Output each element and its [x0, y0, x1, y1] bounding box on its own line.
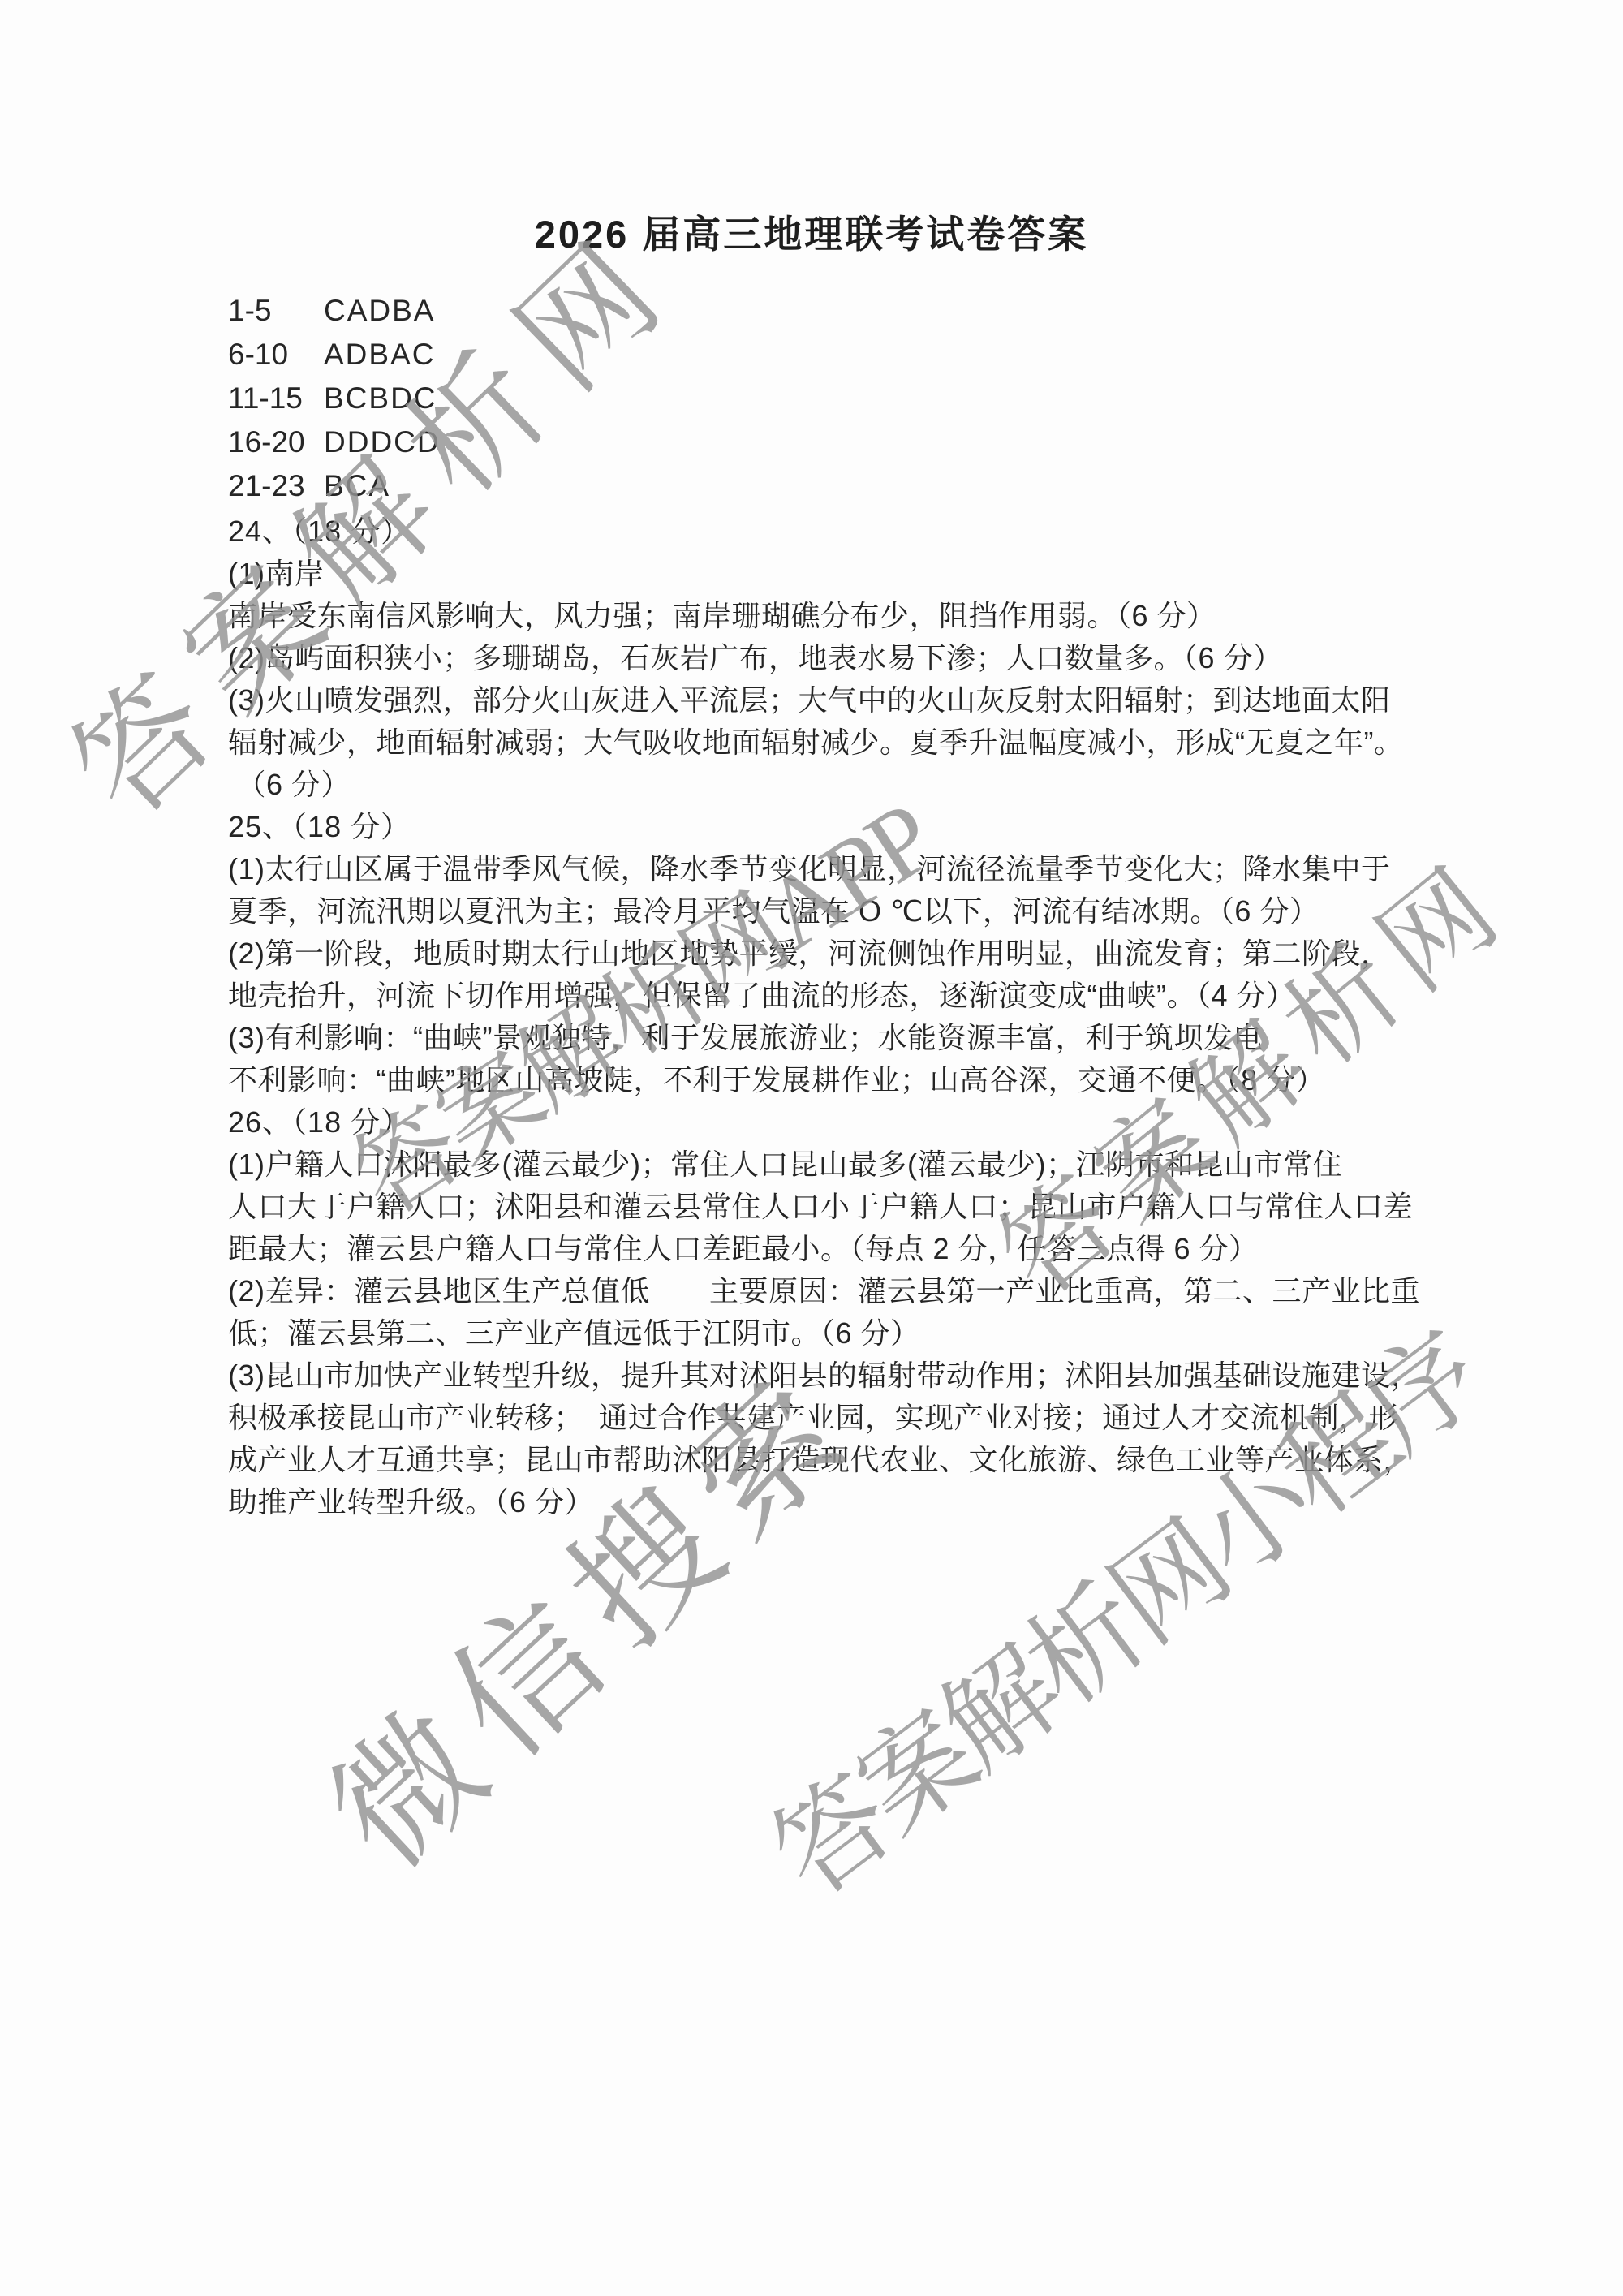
- answer-letters: BCA: [324, 464, 390, 508]
- answer-letters: CADBA: [324, 289, 435, 333]
- answer-line: 成产业人才互通共享；昆山市帮助沭阳县打造现代农业、文化旅游、绿色工业等产业体系，: [228, 1439, 1462, 1481]
- objective-answer-row: 21-23 BCA: [228, 464, 441, 508]
- answer-line: (2)岛屿面积狭小；多珊瑚岛，石灰岩广布，地表水易下渗；人口数量多。（6 分）: [228, 637, 1462, 679]
- answer-line: (1)南岸: [228, 553, 1462, 595]
- answer-sheet-page: 2026 届高三地理联考试卷答案 1-5 CADBA 6-10 ADBAC 11…: [0, 0, 1623, 2296]
- answer-letters: BCBDC: [324, 377, 437, 420]
- answer-line: (1)太行山区属于温带季风气候，降水季节变化明显，河流径流量季节变化大；降水集中…: [228, 848, 1462, 890]
- objective-answer-row: 11-15 BCBDC: [228, 377, 441, 420]
- page-title: 2026 届高三地理联考试卷答案: [0, 205, 1623, 259]
- question-range: 11-15: [228, 377, 324, 420]
- section-heading-q25: 25、（18 分）: [228, 806, 1462, 848]
- answer-line: (3)有利影响：“曲峡”景观独特，利于发展旅游业；水能资源丰富，利于筑坝发电: [228, 1017, 1462, 1059]
- answer-line: 南岸受东南信风影响大，风力强；南岸珊瑚礁分布少，阻挡作用弱。（6 分）: [228, 595, 1462, 637]
- section-heading-q26: 26、（18 分）: [228, 1101, 1462, 1144]
- answers-body: 24、（18 分） (1)南岸 南岸受东南信风影响大，风力强；南岸珊瑚礁分布少，…: [228, 510, 1462, 1523]
- objective-answer-row: 16-20 DDDCD: [228, 420, 441, 464]
- answer-line: (2)差异：灌云县地区生产总值低 主要原因：灌云县第一产业比重高，第二、三产业比…: [228, 1270, 1462, 1312]
- answer-line: 积极承接昆山市产业转移； 通过合作共建产业园，实现产业对接；通过人才交流机制，形: [228, 1397, 1462, 1439]
- answer-line: 辐射减少，地面辐射减弱；大气吸收地面辐射减少。夏季升温幅度减小，形成“无夏之年”…: [228, 722, 1462, 764]
- answer-line: 助推产业转型升级。（6 分）: [228, 1481, 1462, 1523]
- question-range: 16-20: [228, 420, 324, 464]
- answer-line: (3)火山喷发强烈，部分火山灰进入平流层；大气中的火山灰反射太阳辐射；到达地面太…: [228, 679, 1462, 722]
- question-range: 1-5: [228, 289, 324, 333]
- answer-line: 低；灌云县第二、三产业产值远低于江阴市。（6 分）: [228, 1312, 1462, 1355]
- question-range: 21-23: [228, 464, 324, 508]
- answer-line: 夏季，河流汛期以夏汛为主；最冷月平均气温在 O ℃以下，河流有结冰期。（6 分）: [228, 890, 1462, 933]
- answer-line: (1)户籍人口沭阳最多(灌云最少)；常住人口昆山最多(灌云最少)；江阴市和昆山市…: [228, 1144, 1462, 1186]
- section-heading-q24: 24、（18 分）: [228, 510, 1462, 553]
- objective-answer-row: 6-10 ADBAC: [228, 333, 441, 377]
- answer-letters: ADBAC: [324, 333, 435, 377]
- answer-line: 不利影响：“曲峡”地区山高坡陡，不利于发展耕作业；山高谷深，交通不便。（8 分）: [228, 1059, 1462, 1101]
- objective-answers-block: 1-5 CADBA 6-10 ADBAC 11-15 BCBDC 16-20 D…: [228, 289, 441, 508]
- objective-answer-row: 1-5 CADBA: [228, 289, 441, 333]
- answer-line: 距最大；灌云县户籍人口与常住人口差距最小。（每点 2 分，任答三点得 6 分）: [228, 1228, 1462, 1270]
- answer-line: (3)昆山市加快产业转型升级，提升其对沭阳县的辐射带动作用；沭阳县加强基础设施建…: [228, 1355, 1462, 1397]
- answer-line: 人口大于户籍人口；沭阳县和灌云县常住人口小于户籍人口；昆山市户籍人口与常住人口差: [228, 1186, 1462, 1228]
- answer-letters: DDDCD: [324, 420, 441, 464]
- answer-line: （6 分）: [228, 764, 1462, 806]
- question-range: 6-10: [228, 333, 324, 377]
- answer-line: 地壳抬升，河流下切作用增强，但保留了曲流的形态，逐渐演变成“曲峡”。（4 分）: [228, 975, 1462, 1017]
- answer-line: (2)第一阶段，地质时期太行山地区地势平缓，河流侧蚀作用明显，曲流发育；第二阶段…: [228, 933, 1462, 975]
